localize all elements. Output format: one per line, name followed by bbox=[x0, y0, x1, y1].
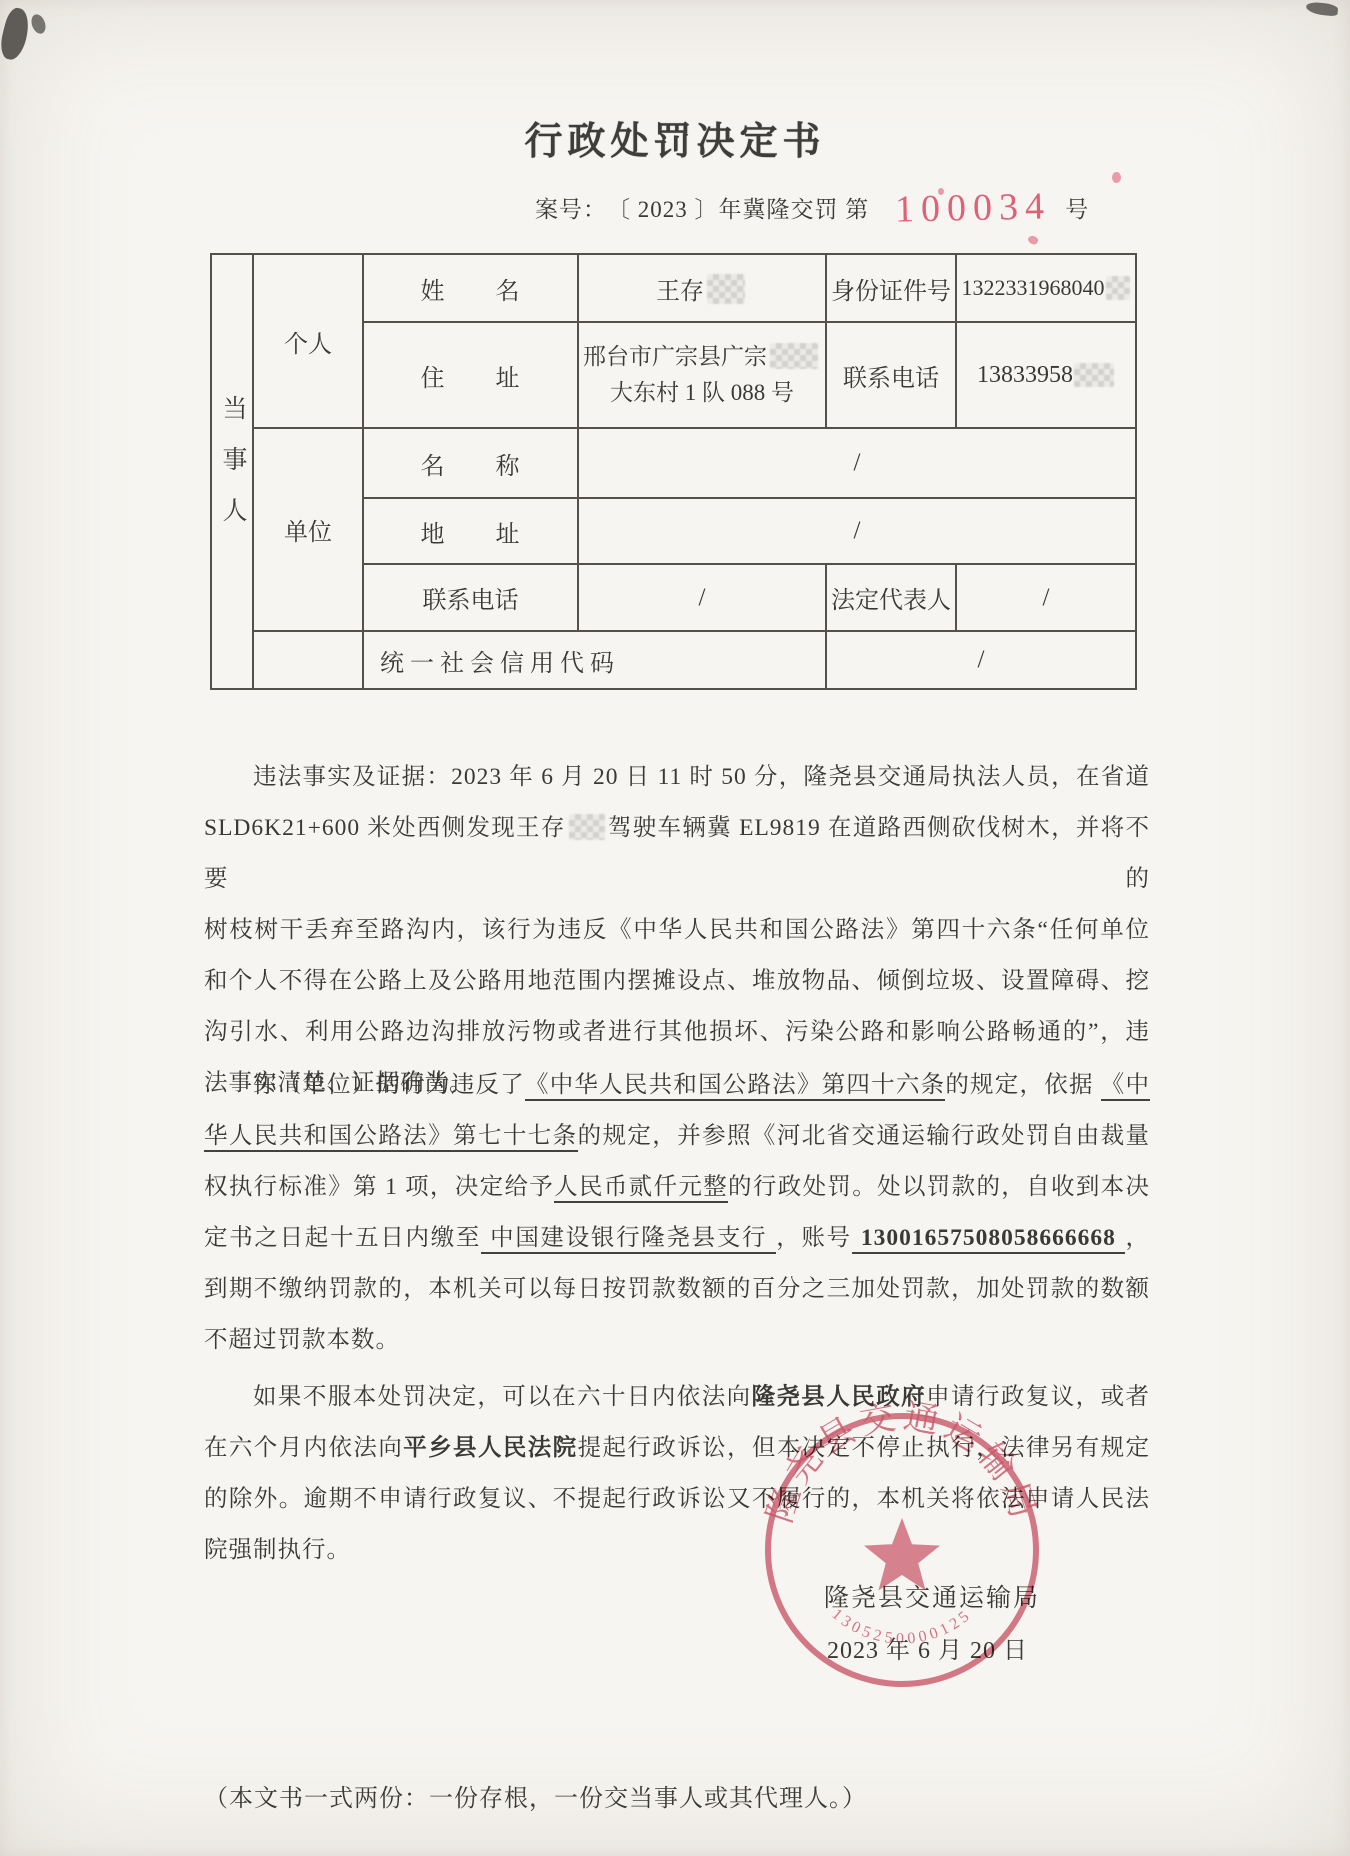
org-header-cell: 单位 bbox=[253, 428, 363, 631]
text-segment: 13001657508058666668 bbox=[852, 1225, 1125, 1254]
name-value-cell: 王存 bbox=[578, 254, 826, 322]
text-segment: 权执行标准》第 1 项，决定给予 bbox=[204, 1174, 554, 1200]
text-segment: 如果不服本处罚决定，可以在六十日内依法向 bbox=[253, 1384, 752, 1410]
case-prefix: 〔 2023 〕年冀隆交罚 第 bbox=[607, 191, 869, 224]
org-phone-value-cell: / bbox=[578, 564, 826, 631]
text-segment: 定书之日起十五日内缴至 bbox=[204, 1225, 481, 1251]
text-segment: 你（单位）的行为违反了 bbox=[253, 1072, 525, 1098]
table-row-org-name: 单位 名 称 / bbox=[211, 428, 1136, 498]
name-label-cell: 姓 名 bbox=[363, 254, 578, 322]
text-line: 沟引水、利用公路边沟排放污物或者进行其他损坏、污染公路和影响公路畅通的”，违 bbox=[204, 1007, 1150, 1058]
text-segment: 《中 bbox=[1101, 1072, 1150, 1101]
text-line: 和个人不得在公路上及公路用地范围内摆摊设点、堆放物品、倾倒垃圾、设置障碍、挖 bbox=[204, 956, 1150, 1007]
address-value-cell: 邢台市广宗县广宗 大东村 1 队 088 号 bbox=[578, 322, 826, 428]
scan-smudge bbox=[29, 12, 48, 35]
party-header-cell: 当事人 bbox=[211, 254, 253, 689]
org-address-label-cell: 地 址 bbox=[363, 498, 578, 564]
case-suffix: 号 bbox=[1065, 191, 1089, 224]
text-segment: 院强制执行。 bbox=[204, 1537, 351, 1563]
ink-speck bbox=[1027, 234, 1040, 246]
table-row-name: 当事人 个人 姓 名 王存 身份证件号 1322331968040 bbox=[211, 254, 1136, 322]
seal-number-text: 1305250000125 bbox=[828, 1606, 975, 1648]
paragraph: 你（单位）的行为违反了《中华人民共和国公路法》第四十六条的规定，依据 《中华人民… bbox=[204, 1060, 1150, 1366]
official-seal: 隆尧县交通运输局 1305250000125 bbox=[752, 1398, 1052, 1698]
text-segment: 平乡县人民法院 bbox=[403, 1435, 577, 1461]
text-segment: 到期不缴纳罚款的，本机关可以每日按罚款数额的百分之三加处罚款，加处罚款的数额 bbox=[204, 1276, 1150, 1302]
text-segment: 《中华人民共和国公路法》第四十六条 bbox=[525, 1072, 945, 1101]
case-number-stamp: 100034 bbox=[895, 184, 1052, 231]
redaction-blur bbox=[569, 814, 605, 840]
scanned-document-page: { "colors":{"stamp_red":"#df6176","seal_… bbox=[0, 0, 1350, 1856]
copies-note: （本文书一式两份：一份存根，一份交当事人或其代理人。） bbox=[204, 1778, 867, 1813]
document-title: 行政处罚决定书 bbox=[0, 110, 1350, 165]
seal-star-icon bbox=[864, 1518, 940, 1590]
redaction-blur bbox=[1106, 276, 1130, 300]
org-address-value-cell: / bbox=[578, 498, 1136, 564]
redaction-blur bbox=[1074, 363, 1114, 387]
org-name-label-cell: 名 称 bbox=[363, 428, 578, 498]
text-segment: 的规定，依据 bbox=[945, 1072, 1100, 1098]
credit-code-value-cell: / bbox=[826, 631, 1136, 689]
text-line: 你（单位）的行为违反了《中华人民共和国公路法》第四十六条的规定，依据 《中 bbox=[204, 1060, 1150, 1111]
id-value-cell: 1322331968040 bbox=[956, 254, 1136, 322]
paragraph: 违法事实及证据：2023 年 6 月 20 日 11 时 50 分，隆尧县交通局… bbox=[204, 752, 1150, 1109]
text-line: 树枝树干丢弃至路沟内，该行为违反《中华人民共和国公路法》第四十六条“任何单位 bbox=[204, 905, 1150, 956]
empty-cell bbox=[253, 631, 363, 689]
case-label: 案号： bbox=[535, 191, 607, 224]
text-segment: ， bbox=[1125, 1225, 1150, 1251]
text-line: 不超过罚款本数。 bbox=[204, 1315, 1150, 1366]
redaction-blur bbox=[707, 274, 745, 304]
org-phone-label-cell: 联系电话 bbox=[363, 564, 578, 631]
credit-code-label-cell: 统一社会信用代码 bbox=[363, 631, 826, 689]
text-segment: ，账号 bbox=[776, 1225, 852, 1251]
text-segment: 人民币贰仟元整 bbox=[554, 1174, 728, 1203]
text-line: 到期不缴纳罚款的，本机关可以每日按罚款数额的百分之三加处罚款，加处罚款的数额 bbox=[204, 1264, 1150, 1315]
text-segment: 违法事实及证据：2023 年 6 月 20 日 11 时 50 分，隆尧县交通局… bbox=[253, 764, 1150, 790]
address-label-cell: 住 址 bbox=[363, 322, 578, 428]
text-segment: 在六个月内依法向 bbox=[204, 1435, 403, 1461]
phone-value-cell: 13833958 bbox=[956, 322, 1136, 428]
text-line: SLD6K21+600 米处西侧发现王存驾驶车辆冀 EL9819 在道路西侧砍伐… bbox=[204, 803, 1150, 905]
text-line: 违法事实及证据：2023 年 6 月 20 日 11 时 50 分，隆尧县交通局… bbox=[204, 752, 1150, 803]
text-segment: 华人民共和国公路法》第七十七条 bbox=[204, 1123, 578, 1152]
phone-label-cell: 联系电话 bbox=[826, 322, 956, 428]
case-number-line: 案号： 〔 2023 〕年冀隆交罚 第 100034 号 bbox=[535, 183, 1089, 227]
text-segment: 和个人不得在公路上及公路用地范围内摆摊设点、堆放物品、倾倒垃圾、设置障碍、挖 bbox=[204, 968, 1150, 994]
text-line: 华人民共和国公路法》第七十七条的规定，并参照《河北省交通运输行政处罚自由裁量 bbox=[204, 1111, 1150, 1162]
text-segment: 的规定，并参照《河北省交通运输行政处罚自由裁量 bbox=[578, 1123, 1150, 1149]
legal-rep-label-cell: 法定代表人 bbox=[826, 564, 956, 631]
org-name-value-cell: / bbox=[578, 428, 1136, 498]
ink-speck bbox=[1112, 172, 1121, 183]
legal-rep-value-cell: / bbox=[956, 564, 1136, 631]
svg-text:1305250000125: 1305250000125 bbox=[828, 1606, 975, 1648]
text-segment: 树枝树干丢弃至路沟内，该行为违反《中华人民共和国公路法》第四十六条“任何单位 bbox=[204, 917, 1150, 943]
id-label-cell: 身份证件号 bbox=[826, 254, 956, 322]
text-segment: 不超过罚款本数。 bbox=[204, 1327, 400, 1353]
text-line: 权执行标准》第 1 项，决定给予人民币贰仟元整的行政处罚。处以罚款的，自收到本决 bbox=[204, 1162, 1150, 1213]
scan-smudge bbox=[0, 6, 33, 62]
text-segment: 中国建设银行隆尧县支行 bbox=[481, 1225, 776, 1254]
text-segment: 的行政处罚。处以罚款的，自收到本决 bbox=[728, 1174, 1150, 1200]
scan-smudge bbox=[1305, 1, 1338, 16]
person-header-cell: 个人 bbox=[253, 254, 363, 428]
redaction-blur bbox=[770, 343, 818, 369]
text-segment: 沟引水、利用公路边沟排放污物或者进行其他损坏、污染公路和影响公路畅通的”，违 bbox=[204, 1019, 1150, 1045]
table-row-credit-code: 统一社会信用代码 / bbox=[211, 631, 1136, 689]
party-info-table: 当事人 个人 姓 名 王存 身份证件号 1322331968040 住 址 邢台… bbox=[210, 253, 1137, 690]
text-segment: SLD6K21+600 米处西侧发现王存 bbox=[204, 815, 566, 841]
text-line: 定书之日起十五日内缴至中国建设银行隆尧县支行，账号130016575080586… bbox=[204, 1213, 1150, 1264]
